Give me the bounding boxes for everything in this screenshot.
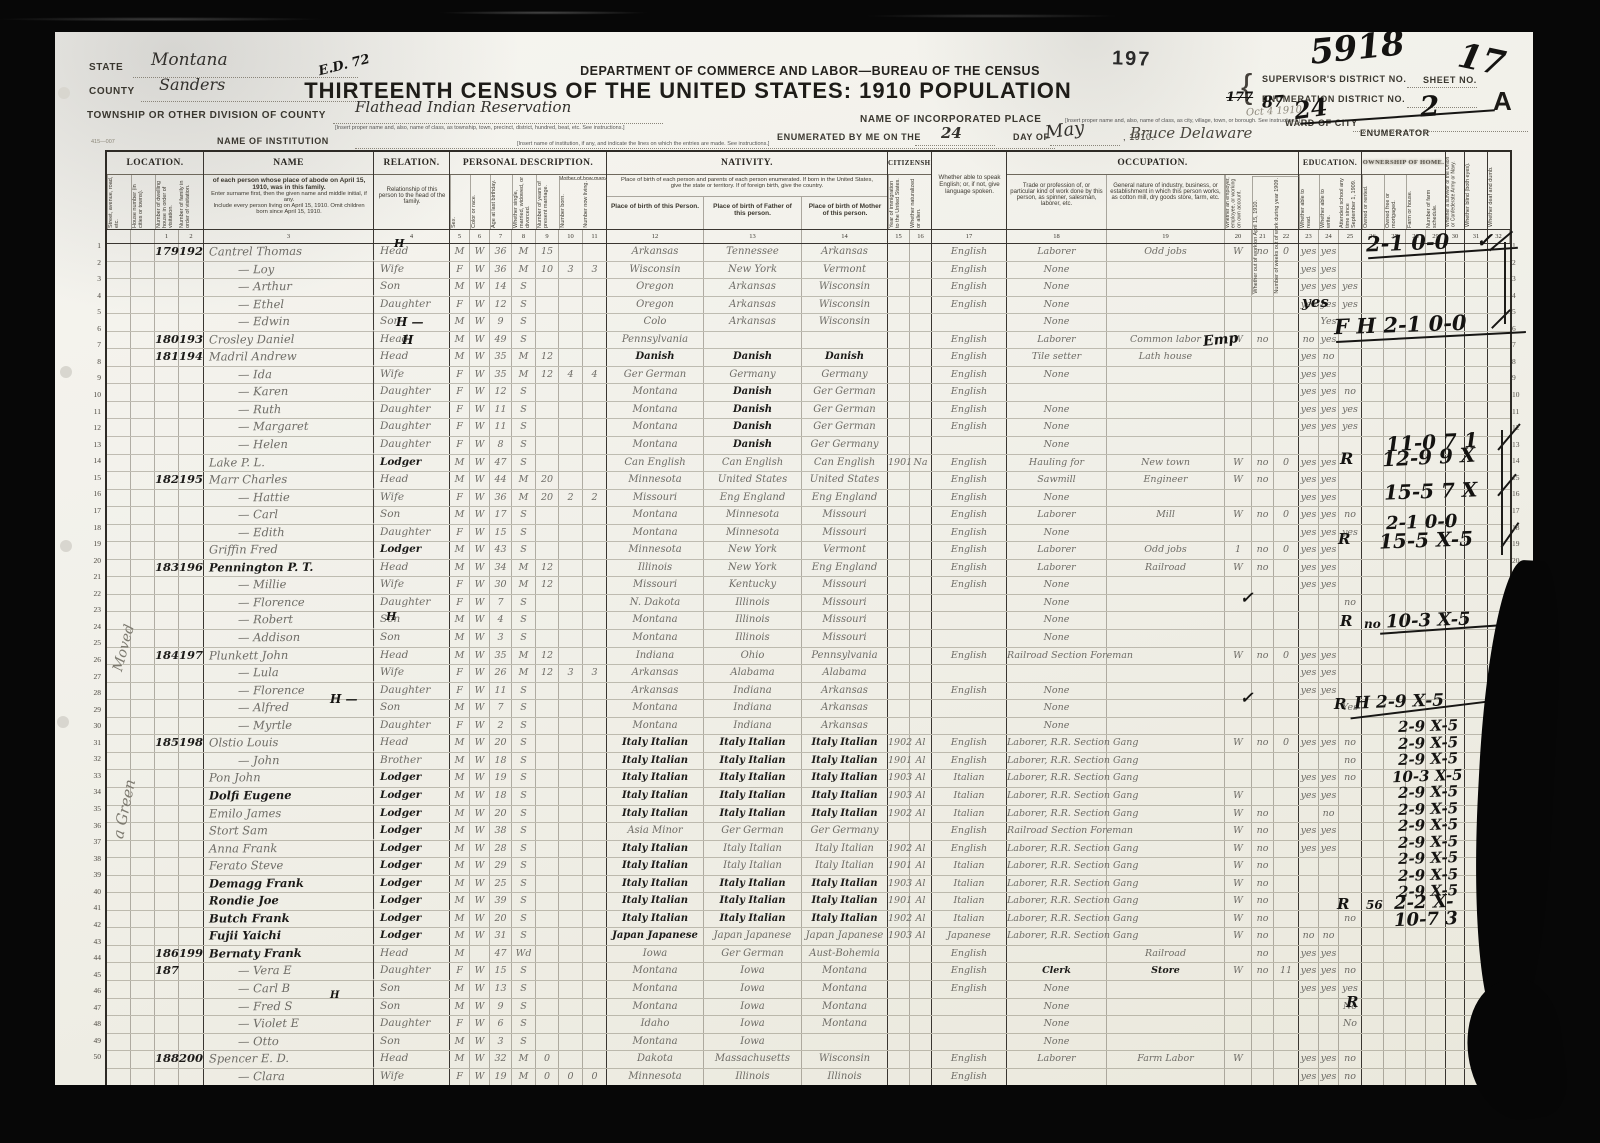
cell-survivor xyxy=(1446,770,1465,787)
cell-street xyxy=(107,841,131,858)
cell-relation: Daughter xyxy=(374,437,450,454)
cell-farm_or_house xyxy=(1406,630,1426,647)
cell-farm_or_house xyxy=(1406,437,1426,454)
cell-mother_birthplace: Montana xyxy=(802,999,888,1016)
cell-naturalized: Al xyxy=(910,858,932,875)
cell-immigration_year: 1903 xyxy=(888,876,910,893)
cell-trade: Laborer, R.R. Section Gang xyxy=(1007,841,1107,858)
cell-relation: Brother xyxy=(374,753,450,770)
cell-children_living xyxy=(583,560,607,577)
cell-school: yes xyxy=(1339,297,1362,314)
cell-write xyxy=(1319,753,1339,770)
cell-naturalized xyxy=(910,823,932,840)
cell-weeks_out xyxy=(1274,595,1299,612)
cell-home_owned xyxy=(1362,490,1384,507)
cell-employer xyxy=(1225,297,1252,314)
cell-employer xyxy=(1225,349,1252,366)
cell-house xyxy=(131,419,155,436)
cell-family xyxy=(179,788,204,805)
cell-language: English xyxy=(932,981,1007,998)
cell-immigration_year: 1901 xyxy=(888,893,910,910)
cell-weeks_out xyxy=(1274,490,1299,507)
cell-weeks_out xyxy=(1274,332,1299,349)
colnum-home_owned: 26 xyxy=(1362,230,1384,243)
cell-school: no xyxy=(1339,384,1362,401)
cell-mortgage xyxy=(1384,419,1406,436)
cell-industry xyxy=(1107,314,1225,331)
cell-trade: Laborer, R.R. Section Gang xyxy=(1007,806,1107,823)
cell-birthplace: Italy Italian xyxy=(607,788,704,805)
cell-immigration_year xyxy=(888,262,910,279)
cell-immigration_year xyxy=(888,490,910,507)
survivor-header: Whether a survivor of the Union or Confe… xyxy=(1446,152,1465,229)
cell-read: yes xyxy=(1299,665,1319,682)
cell-years_married xyxy=(536,630,559,647)
cell-years_married: 10 xyxy=(536,262,559,279)
cell-father_birthplace: Arkansas xyxy=(704,297,802,314)
cell-mother_birthplace: Japan Japanese xyxy=(802,928,888,945)
cell-street xyxy=(107,788,131,805)
cell-dwelling: 182 xyxy=(155,472,179,489)
cell-color: W xyxy=(470,911,490,928)
cell-years_married xyxy=(536,841,559,858)
col-mother-birthplace: Place of birth of Mother of this person. xyxy=(802,197,888,229)
cell-children_born xyxy=(559,419,583,436)
cell-mother_birthplace: Danish xyxy=(802,349,888,366)
cell-home_owned xyxy=(1362,1016,1384,1033)
cell-mortgage xyxy=(1384,806,1406,823)
cell-employer: W xyxy=(1225,472,1252,489)
cell-mortgage xyxy=(1384,893,1406,910)
day-line xyxy=(915,144,995,146)
cell-house xyxy=(131,332,155,349)
table-row: Stort SamLodgerMW38SAsia MinorGer German… xyxy=(107,823,1510,841)
cell-immigration_year xyxy=(888,718,910,735)
cell-industry xyxy=(1107,384,1225,401)
table-row: Lake P. L.LodgerMW47SCan EnglishCan Engl… xyxy=(107,455,1510,473)
cell-house xyxy=(131,963,155,980)
cell-children_born xyxy=(559,946,583,963)
cell-name: — Robert xyxy=(204,612,374,630)
cell-write xyxy=(1319,999,1339,1016)
cell-write: Yes xyxy=(1319,314,1339,331)
cell-naturalized xyxy=(910,507,932,524)
cell-out_of_work: no xyxy=(1252,963,1274,980)
cell-house xyxy=(131,384,155,401)
cell-trade: None xyxy=(1007,490,1107,507)
cell-trade: None xyxy=(1007,297,1107,314)
cell-mortgage xyxy=(1384,1016,1406,1033)
cell-name: Dolfi Eugene xyxy=(204,787,374,805)
cell-farm_or_house xyxy=(1406,1051,1426,1068)
cell-children_born xyxy=(559,648,583,665)
line-number-left: 1 xyxy=(83,241,101,250)
cell-industry xyxy=(1107,806,1225,823)
line-number-right: 14 xyxy=(1512,456,1528,465)
colnum-employer: 20 xyxy=(1225,230,1252,243)
cell-language: Italian xyxy=(932,911,1007,928)
cell-farm_schedule xyxy=(1426,770,1446,787)
cell-family xyxy=(179,595,204,612)
cell-home_owned xyxy=(1362,683,1384,700)
cell-read: yes xyxy=(1299,577,1319,594)
cell-naturalized: Na xyxy=(910,455,932,472)
cell-deaf_dumb xyxy=(1488,332,1510,349)
cell-language: English xyxy=(932,963,1007,980)
cell-school xyxy=(1339,314,1362,331)
cell-years_married: 0 xyxy=(536,1051,559,1068)
cell-mortgage xyxy=(1384,279,1406,296)
cell-relation: Daughter xyxy=(374,718,450,735)
cell-dwelling xyxy=(155,419,179,436)
cell-home_owned xyxy=(1362,876,1384,893)
cell-industry xyxy=(1107,402,1225,419)
cell-employer xyxy=(1225,700,1252,717)
cell-farm_or_house xyxy=(1406,560,1426,577)
cell-write: yes xyxy=(1319,788,1339,805)
cell-mother_birthplace: Wisconsin xyxy=(802,1051,888,1068)
cell-marital: S xyxy=(512,384,536,401)
cell-sex: F xyxy=(450,490,470,507)
cell-trade: Laborer xyxy=(1007,244,1107,261)
line-number-left: 16 xyxy=(83,489,101,498)
cell-name: — Alfred xyxy=(204,700,374,718)
cell-relation: Daughter xyxy=(374,525,450,542)
cell-deaf_dumb xyxy=(1488,560,1510,577)
cell-name: Stort Sam xyxy=(204,822,374,840)
cell-family xyxy=(179,841,204,858)
cell-out_of_work xyxy=(1252,788,1274,805)
cell-out_of_work: no xyxy=(1252,472,1274,489)
cell-father_birthplace: Indiana xyxy=(704,718,802,735)
cell-school xyxy=(1339,490,1362,507)
cell-dwelling xyxy=(155,1016,179,1033)
cell-children_living: 3 xyxy=(583,262,607,279)
cell-mother_birthplace: Italy Italian xyxy=(802,770,888,787)
colnum-marital: 8 xyxy=(512,230,536,243)
cell-street xyxy=(107,928,131,945)
cell-children_living xyxy=(583,1034,607,1051)
cell-survivor xyxy=(1446,1069,1465,1086)
cell-mortgage xyxy=(1384,612,1406,629)
cell-sex: M xyxy=(450,612,470,629)
cell-farm_or_house xyxy=(1406,753,1426,770)
cell-industry xyxy=(1107,893,1225,910)
cell-children_born xyxy=(559,297,583,314)
cell-home_owned xyxy=(1362,806,1384,823)
cell-read: no xyxy=(1299,332,1319,349)
cell-farm_schedule xyxy=(1426,858,1446,875)
cell-mother_birthplace: Italy Italian xyxy=(802,841,888,858)
line-number-left: 4 xyxy=(83,291,101,300)
cell-mortgage xyxy=(1384,718,1406,735)
cell-out_of_work xyxy=(1252,770,1274,787)
cell-weeks_out xyxy=(1274,1016,1299,1033)
cell-language xyxy=(932,612,1007,629)
cell-children_living xyxy=(583,841,607,858)
cell-marital: S xyxy=(512,507,536,524)
line-number-left: 14 xyxy=(83,456,101,465)
cell-children_born: 3 xyxy=(559,665,583,682)
cell-survivor xyxy=(1446,384,1465,401)
cell-read: yes xyxy=(1299,823,1319,840)
cell-relation: Son xyxy=(374,314,450,331)
cell-age: 36 xyxy=(490,262,512,279)
cell-dwelling xyxy=(155,1034,179,1051)
cell-marital: M xyxy=(512,262,536,279)
cell-language xyxy=(932,630,1007,647)
cell-blind xyxy=(1465,595,1488,612)
line-number-left: 18 xyxy=(83,523,101,532)
enumerated-label: ENUMERATED BY ME ON THE xyxy=(777,132,921,142)
cell-family xyxy=(179,542,204,559)
cell-house xyxy=(131,999,155,1016)
cell-children_born xyxy=(559,841,583,858)
cell-children_born xyxy=(559,349,583,366)
cell-immigration_year xyxy=(888,1069,910,1086)
col-deaf-dumb: Whether deaf and dumb. xyxy=(1488,152,1510,228)
cell-blind xyxy=(1465,279,1488,296)
cell-marital: S xyxy=(512,928,536,945)
cell-deaf_dumb xyxy=(1488,490,1510,507)
cell-school: no xyxy=(1339,963,1362,980)
cell-immigration_year xyxy=(888,823,910,840)
cell-name: Lake P. L. xyxy=(204,454,374,472)
cell-relation: Wife xyxy=(374,262,450,279)
cell-color xyxy=(470,946,490,963)
cell-home_owned xyxy=(1362,823,1384,840)
cell-immigration_year xyxy=(888,683,910,700)
cell-sex: M xyxy=(450,700,470,717)
cell-farm_or_house xyxy=(1406,841,1426,858)
cell-read xyxy=(1299,893,1319,910)
cell-family: 197 xyxy=(179,648,204,665)
cell-birthplace: Dakota xyxy=(607,1051,704,1068)
cell-dwelling xyxy=(155,507,179,524)
cell-color: W xyxy=(470,823,490,840)
cell-children_living xyxy=(583,770,607,787)
cell-age: 19 xyxy=(490,770,512,787)
cell-school: no xyxy=(1339,1069,1362,1086)
name-head-note2: Include every person living on April 15,… xyxy=(213,203,364,215)
cell-farm_or_house xyxy=(1406,648,1426,665)
cell-name: Olstio Louis xyxy=(204,735,374,753)
cell-trade: None xyxy=(1007,1034,1107,1051)
cell-birthplace: Can English xyxy=(607,455,704,472)
cell-mortgage xyxy=(1384,630,1406,647)
cell-school xyxy=(1339,612,1362,629)
cell-years_married xyxy=(536,402,559,419)
cell-farm_or_house xyxy=(1406,823,1426,840)
cell-house xyxy=(131,1069,155,1086)
cell-children_born xyxy=(559,893,583,910)
col-out-of-work: Whether out of work on April 15, 1910. xyxy=(1252,177,1274,295)
cell-language: Italian xyxy=(932,858,1007,875)
cell-children_born: 2 xyxy=(559,490,583,507)
cell-sex: F xyxy=(450,367,470,384)
cell-name: — Vera E xyxy=(204,963,374,981)
cell-birthplace: Italy Italian xyxy=(607,841,704,858)
cell-industry xyxy=(1107,1069,1225,1086)
table-row: — LoyWifeFW36M1033WisconsinNew YorkVermo… xyxy=(107,262,1510,280)
cell-age: 13 xyxy=(490,981,512,998)
cell-street xyxy=(107,419,131,436)
cell-children_born xyxy=(559,577,583,594)
cell-employer xyxy=(1225,630,1252,647)
cell-color: W xyxy=(470,858,490,875)
cell-survivor xyxy=(1446,542,1465,559)
cell-name: — Loy xyxy=(204,261,374,279)
line-number-left: 48 xyxy=(83,1019,101,1028)
colnum-family: 2 xyxy=(179,230,204,243)
cell-write: no xyxy=(1319,349,1339,366)
cell-family xyxy=(179,314,204,331)
cell-name: Plunkett John xyxy=(204,647,374,665)
cell-street xyxy=(107,542,131,559)
cell-color: W xyxy=(470,332,490,349)
cell-survivor xyxy=(1446,577,1465,594)
cell-trade: None xyxy=(1007,525,1107,542)
cell-house xyxy=(131,1051,155,1068)
cell-children_born xyxy=(559,963,583,980)
cell-birthplace: Arkansas xyxy=(607,683,704,700)
cell-house xyxy=(131,1016,155,1033)
cell-birthplace: Montana xyxy=(607,384,704,401)
cell-house xyxy=(131,981,155,998)
cell-industry xyxy=(1107,999,1225,1016)
cell-street xyxy=(107,735,131,752)
cell-blind xyxy=(1465,665,1488,682)
cell-name: — Addison xyxy=(204,629,374,647)
col-children-born: Number born. xyxy=(559,180,583,229)
cell-survivor xyxy=(1446,1034,1465,1051)
cell-weeks_out xyxy=(1274,314,1299,331)
cell-house xyxy=(131,402,155,419)
cell-years_married: 12 xyxy=(536,560,559,577)
cell-father_birthplace xyxy=(704,332,802,349)
cell-weeks_out xyxy=(1274,700,1299,717)
line-number-left: 20 xyxy=(83,556,101,565)
cell-farm_schedule xyxy=(1426,700,1446,717)
cell-years_married xyxy=(536,455,559,472)
cell-name: — Ethel xyxy=(204,296,374,314)
cell-naturalized: Al xyxy=(910,911,932,928)
cell-immigration_year: 1903 xyxy=(888,928,910,945)
cell-house xyxy=(131,472,155,489)
cell-write: yes xyxy=(1319,560,1339,577)
cell-farm_or_house xyxy=(1406,876,1426,893)
cell-street xyxy=(107,981,131,998)
cell-naturalized: Al xyxy=(910,753,932,770)
cell-write: yes xyxy=(1319,1069,1339,1086)
cell-father_birthplace: Tennessee xyxy=(704,244,802,261)
photo-edge-right xyxy=(1533,32,1600,1085)
cell-weeks_out xyxy=(1274,1034,1299,1051)
cell-family xyxy=(179,455,204,472)
cell-survivor xyxy=(1446,419,1465,436)
cell-family xyxy=(179,525,204,542)
cell-years_married xyxy=(536,384,559,401)
personal-title: PERSONAL DESCRIPTION. xyxy=(450,152,606,175)
cell-marital: S xyxy=(512,402,536,419)
cell-employer: W xyxy=(1225,876,1252,893)
cell-mortgage xyxy=(1384,525,1406,542)
cell-sex: M xyxy=(450,823,470,840)
table-row: Ferato SteveLodgerMW29SItaly ItalianItal… xyxy=(107,858,1510,876)
cell-mother_birthplace xyxy=(802,1034,888,1051)
cell-age: 8 xyxy=(490,437,512,454)
cell-sex: F xyxy=(450,384,470,401)
cell-sex: F xyxy=(450,402,470,419)
cell-father_birthplace: Italy Italian xyxy=(704,735,802,752)
col-marital: Whether single, married, widowed, or div… xyxy=(512,175,536,229)
cell-mother_birthplace: Montana xyxy=(802,1016,888,1033)
cell-survivor xyxy=(1446,735,1465,752)
cell-relation: Head xyxy=(374,648,450,665)
cell-out_of_work xyxy=(1252,981,1274,998)
cell-trade: Laborer xyxy=(1007,332,1107,349)
cell-marital: S xyxy=(512,297,536,314)
cell-street xyxy=(107,1069,131,1086)
cell-employer: W xyxy=(1225,560,1252,577)
cell-read: yes xyxy=(1299,963,1319,980)
cell-read: yes xyxy=(1299,455,1319,472)
colnum-mother_birthplace: 14 xyxy=(802,230,888,243)
cell-dwelling xyxy=(155,806,179,823)
cell-family xyxy=(179,963,204,980)
cell-house xyxy=(131,911,155,928)
cell-farm_or_house xyxy=(1406,735,1426,752)
cell-mother_birthplace: Arkansas xyxy=(802,244,888,261)
cell-farm_or_house xyxy=(1406,577,1426,594)
cell-weeks_out xyxy=(1274,437,1299,454)
cell-home_owned xyxy=(1362,507,1384,524)
line-number-left: 22 xyxy=(83,589,101,598)
cell-language: English xyxy=(932,1051,1007,1068)
colnum-deaf_dumb: 32 xyxy=(1488,230,1510,243)
cell-father_birthplace: Iowa xyxy=(704,963,802,980)
cell-industry xyxy=(1107,612,1225,629)
cell-family xyxy=(179,700,204,717)
cell-father_birthplace: Italy Italian xyxy=(704,911,802,928)
cell-write: yes xyxy=(1319,735,1339,752)
cell-deaf_dumb xyxy=(1488,262,1510,279)
cell-birthplace: Illinois xyxy=(607,560,704,577)
cell-birthplace: Indiana xyxy=(607,648,704,665)
cell-industry xyxy=(1107,262,1225,279)
cell-house xyxy=(131,858,155,875)
cell-immigration_year xyxy=(888,402,910,419)
cell-employer: W xyxy=(1225,648,1252,665)
cell-mortgage xyxy=(1384,437,1406,454)
cell-farm_schedule xyxy=(1426,384,1446,401)
cell-immigration_year xyxy=(888,367,910,384)
cell-industry xyxy=(1107,683,1225,700)
cell-write: yes xyxy=(1319,384,1339,401)
cell-write: yes xyxy=(1319,577,1339,594)
cell-children_born xyxy=(559,560,583,577)
col-farm-schedule: Number of farm schedule. xyxy=(1426,175,1446,229)
cell-sex: M xyxy=(450,999,470,1016)
col-weeks-out: Number of weeks out of work during year … xyxy=(1274,177,1299,295)
cell-read xyxy=(1299,999,1319,1016)
cell-language: English xyxy=(932,823,1007,840)
cell-survivor xyxy=(1446,437,1465,454)
cell-read: yes xyxy=(1299,735,1319,752)
cell-industry xyxy=(1107,788,1225,805)
cell-sex: M xyxy=(450,279,470,296)
cell-read: yes xyxy=(1299,770,1319,787)
